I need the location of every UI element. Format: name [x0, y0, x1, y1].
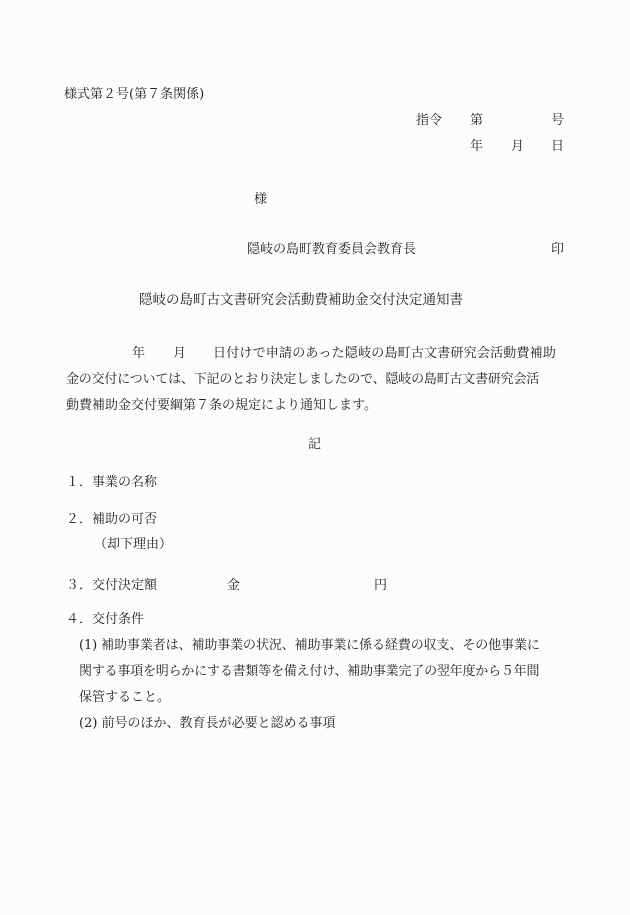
- body-month: 月: [173, 346, 186, 362]
- item-3-kin: 金: [227, 578, 240, 594]
- condition-1-line-3: 保管すること。: [79, 690, 170, 706]
- item-2-rejection-reason: （却下理由）: [94, 537, 172, 553]
- item-2-approval: ２．補助の可否: [66, 512, 157, 528]
- item-4-conditions: ４．交付条件: [66, 612, 144, 628]
- condition-1-line-2: 関する事項を明らかにする書類等を備え付け、補助事業完了の翌年度から５年間: [79, 664, 539, 680]
- body-line-1: 日付けで申請のあった隠岐の島町古文書研究会活動費補助: [213, 346, 556, 362]
- item-3-yen: 円: [374, 578, 387, 594]
- condition-1-line-1: (1) 補助事業者は、補助事業の状況、補助事業に係る経費の収支、その他事業に: [79, 638, 540, 654]
- directive-label: 指令: [416, 113, 442, 129]
- document-title: 隠岐の島町古文書研究会活動費補助金交付決定通知書: [139, 292, 463, 308]
- condition-2: (2) 前号のほか、教育長が必要と認める事項: [79, 716, 336, 732]
- item-1-project-name: １．事業の名称: [66, 475, 157, 491]
- date-year: 年: [470, 139, 483, 155]
- date-month: 月: [511, 139, 524, 155]
- form-label: 様式第２号(第７条関係): [64, 87, 204, 103]
- ki-heading: 記: [308, 437, 321, 453]
- body-year: 年: [132, 346, 145, 362]
- body-line-2: 金の交付については、下記のとおり決定しましたので、隠岐の島町古文書研究会活: [66, 372, 539, 388]
- item-3-grant-amount: ３．交付決定額: [66, 578, 157, 594]
- seal-mark: 印: [551, 242, 564, 258]
- issuer-name: 隠岐の島町教育委員会教育長: [247, 242, 416, 258]
- body-line-3: 動費補助金交付要綱第７条の規定により通知します。: [66, 398, 377, 414]
- number-suffix: 号: [551, 113, 564, 129]
- date-day: 日: [551, 139, 564, 155]
- number-prefix: 第: [470, 113, 483, 129]
- addressee-suffix: 様: [254, 192, 267, 208]
